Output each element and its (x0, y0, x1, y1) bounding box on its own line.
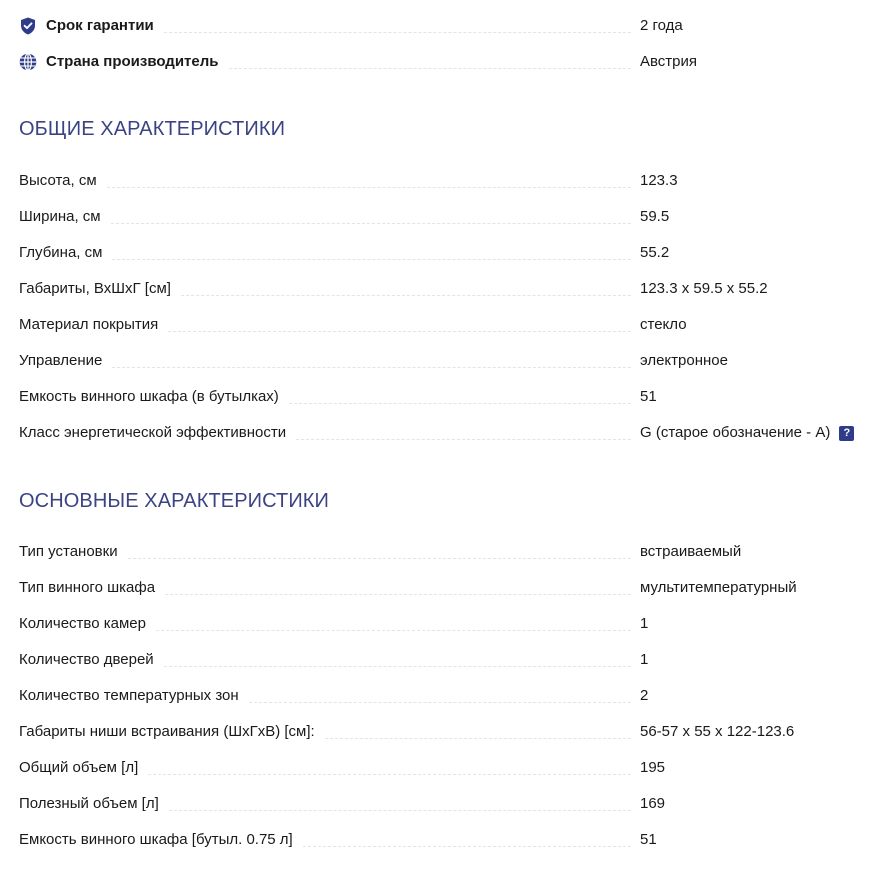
dotted-leader (296, 439, 631, 440)
spec-row: Полезный объем [л] 169 (19, 785, 877, 821)
section-general: ОБЩИЕ ХАРАКТЕРИСТИКИ Высота, см 123.3 Ши… (19, 117, 877, 450)
spec-row: Высота, см 123.3 (19, 162, 877, 198)
spec-name: Количество дверей (19, 651, 154, 669)
spec-name: Габариты, ВхШхГ [см] (19, 280, 171, 298)
spec-value: 169 (631, 795, 665, 821)
spec-row: Количество температурных зон 2 (19, 677, 877, 713)
spec-list: Тип установки встраиваемый Тип винного ш… (19, 533, 877, 857)
dotted-leader (165, 594, 631, 595)
spec-name: Материал покрытия (19, 316, 158, 334)
section-title: ОБЩИЕ ХАРАКТЕРИСТИКИ (19, 117, 877, 141)
spec-row: Ширина, см 59.5 (19, 198, 877, 234)
spec-list: Высота, см 123.3 Ширина, см 59.5 Глубина… (19, 162, 877, 450)
spec-row: Габариты, ВхШхГ [см] 123.3 x 59.5 x 55.2 (19, 270, 877, 306)
spec-value: 1 (631, 615, 648, 641)
dotted-leader (229, 68, 632, 69)
dotted-leader (164, 666, 631, 667)
spec-value: встраиваемый (631, 543, 741, 569)
spec-row: Тип установки встраиваемый (19, 533, 877, 569)
spec-name: Количество температурных зон (19, 687, 239, 705)
dotted-leader (168, 331, 631, 332)
spec-value: мультитемпературный (631, 579, 797, 605)
spec-value: 195 (631, 759, 665, 785)
spec-row: Габариты ниши встраивания (ШхГхВ) [см]: … (19, 713, 877, 749)
spec-name: Страна производитель (46, 53, 219, 71)
spec-row-energy-class: Класс энергетической эффективности G (ст… (19, 414, 877, 450)
spec-value: Австрия (631, 53, 697, 79)
spec-row-country: Страна производитель Австрия (19, 43, 877, 79)
dotted-leader (112, 367, 631, 368)
dotted-leader (249, 702, 631, 703)
spec-value: 51 (631, 388, 657, 414)
spec-name: Габариты ниши встраивания (ШхГхВ) [см]: (19, 723, 315, 741)
spec-row: Тип винного шкафа мультитемпературный (19, 569, 877, 605)
spec-value: стекло (631, 316, 687, 342)
spec-name: Управление (19, 352, 102, 370)
spec-row: Управление электронное (19, 342, 877, 378)
spec-name: Емкость винного шкафа [бутыл. 0.75 л] (19, 831, 293, 849)
dotted-leader (164, 32, 631, 33)
spec-row: Емкость винного шкафа [бутыл. 0.75 л] 51 (19, 821, 877, 857)
spec-value: электронное (631, 352, 728, 378)
spec-name: Количество камер (19, 615, 146, 633)
spec-row: Количество камер 1 (19, 605, 877, 641)
dotted-leader (156, 630, 631, 631)
spec-value: 51 (631, 831, 657, 857)
spec-name: Тип установки (19, 543, 118, 561)
spec-row: Количество дверей 1 (19, 641, 877, 677)
spec-name: Общий объем [л] (19, 759, 138, 777)
spec-name: Тип винного шкафа (19, 579, 155, 597)
spec-value: 1 (631, 651, 648, 677)
dotted-leader (169, 810, 631, 811)
spec-value: 56-57 x 55 x 122-123.6 (631, 723, 794, 749)
spec-value: 123.3 (631, 172, 678, 198)
dotted-leader (325, 738, 631, 739)
shield-check-icon (19, 17, 37, 35)
dotted-leader (289, 403, 631, 404)
dotted-leader (111, 223, 631, 224)
globe-icon (19, 53, 37, 71)
dotted-leader (148, 774, 631, 775)
spec-name: Срок гарантии (46, 17, 154, 35)
help-icon[interactable]: ? (839, 426, 854, 441)
spec-name: Полезный объем [л] (19, 795, 159, 813)
spec-name: Глубина, см (19, 244, 102, 262)
spec-name: Класс энергетической эффективности (19, 424, 286, 442)
spec-value: 123.3 x 59.5 x 55.2 (631, 280, 768, 306)
spec-name: Высота, см (19, 172, 97, 190)
spec-name: Ширина, см (19, 208, 101, 226)
spec-row: Материал покрытия стекло (19, 306, 877, 342)
specifications-panel: Срок гарантии 2 года Страна произв (19, 7, 877, 857)
dotted-leader (303, 846, 631, 847)
section-main: ОСНОВНЫЕ ХАРАКТЕРИСТИКИ Тип установки вс… (19, 489, 877, 857)
spec-row: Глубина, см 55.2 (19, 234, 877, 270)
dotted-leader (128, 558, 631, 559)
spec-value: G (старое обозначение - A) (640, 424, 830, 442)
spec-value: 59.5 (631, 208, 669, 234)
key-specs: Срок гарантии 2 года Страна произв (19, 7, 877, 79)
dotted-leader (181, 295, 631, 296)
spec-row: Емкость винного шкафа (в бутылках) 51 (19, 378, 877, 414)
dotted-leader (107, 187, 631, 188)
spec-value: 2 года (631, 17, 683, 43)
spec-row: Общий объем [л] 195 (19, 749, 877, 785)
spec-value: 2 (631, 687, 648, 713)
dotted-leader (112, 259, 631, 260)
spec-row-warranty: Срок гарантии 2 года (19, 7, 877, 43)
section-title: ОСНОВНЫЕ ХАРАКТЕРИСТИКИ (19, 489, 877, 513)
spec-value: 55.2 (631, 244, 669, 270)
spec-name: Емкость винного шкафа (в бутылках) (19, 388, 279, 406)
